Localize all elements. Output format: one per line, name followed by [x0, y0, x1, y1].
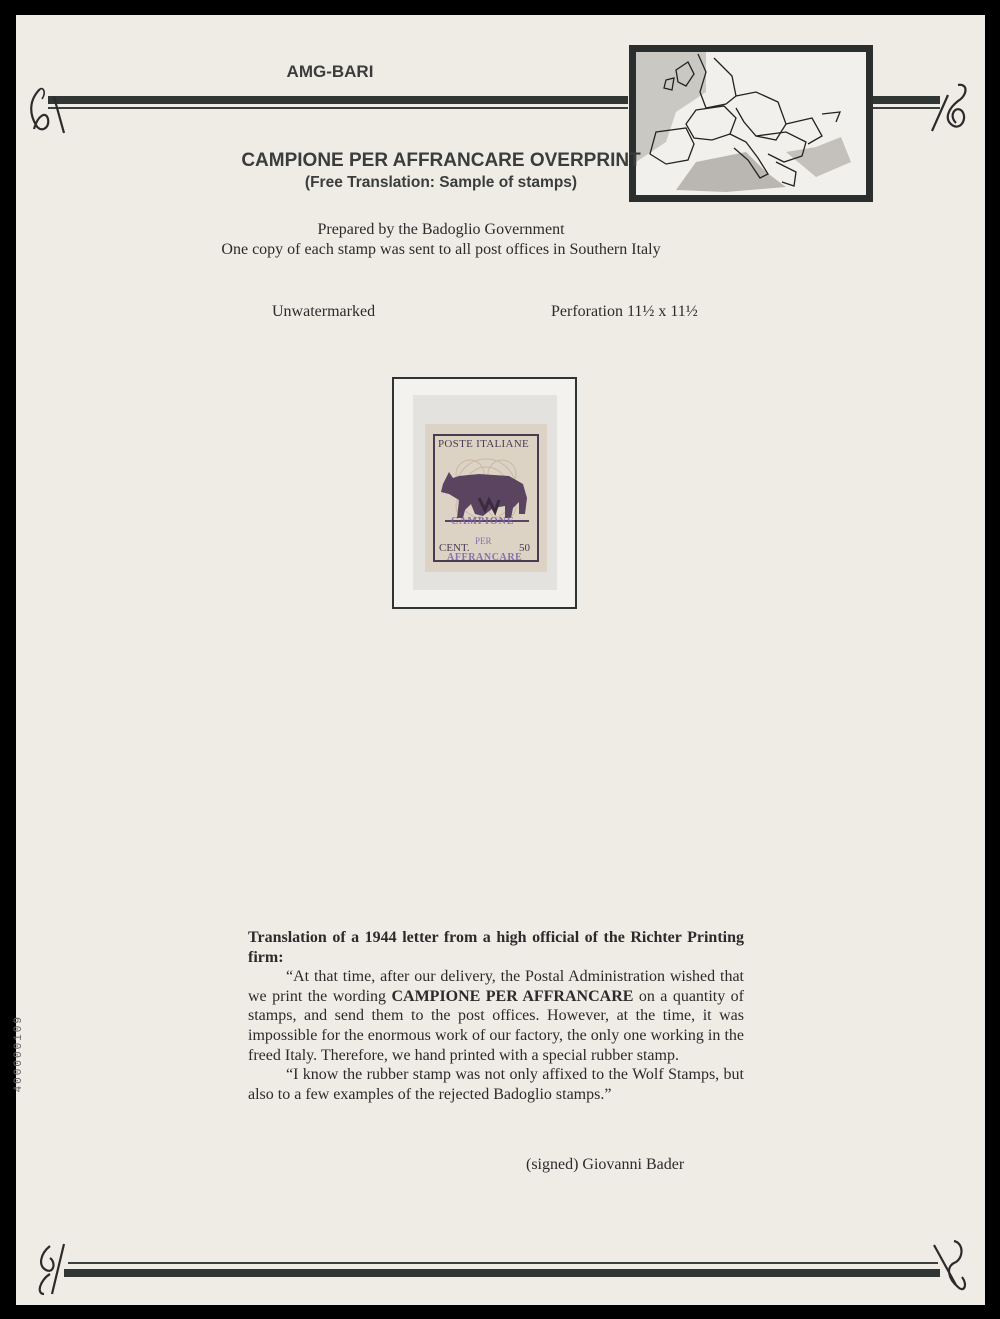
section-title: AMG-BARI [16, 62, 644, 82]
stamp-sleeve: POSTE ITALIANE CENT. 50 CAMPIONE PER AFF… [413, 395, 557, 590]
stamp-mount: POSTE ITALIANE CENT. 50 CAMPIONE PER AFF… [392, 377, 577, 609]
letter-p1-bold: CAMPIONE PER AFFRANCARE [391, 988, 633, 1005]
overprint-line-1: CAMPIONE [451, 516, 515, 527]
page-title: CAMPIONE PER AFFRANCARE OVERPRINT [16, 150, 866, 172]
intro-text: Prepared by the Badoglio Government One … [16, 220, 866, 260]
watermark-spec: Unwatermarked [272, 303, 375, 321]
intro-line-1: Prepared by the Badoglio Government [16, 220, 866, 240]
letter-translation: Translation of a 1944 letter from a high… [248, 928, 744, 1104]
page-subtitle: (Free Translation: Sample of stamps) [16, 174, 866, 192]
letter-paragraph-1: “At that time, after our delivery, the P… [248, 967, 744, 1065]
intro-line-2: One copy of each stamp was sent to all p… [16, 240, 866, 260]
letter-heading: Translation of a 1944 letter from a high… [248, 928, 744, 967]
letter-paragraph-2: “I know the rubber stamp was not only af… [248, 1065, 744, 1104]
calligraphic-flourish-icon [928, 79, 976, 135]
calligraphic-flourish-icon [30, 1240, 76, 1298]
overprint-line-3: AFFRANCARE [447, 552, 522, 563]
page-side-code: 400000109 [13, 1015, 29, 1092]
signature: (signed) Giovanni Bader [526, 1156, 684, 1174]
album-page: 400000109 AMG-BARI [16, 15, 985, 1305]
perforation-spec: Perforation 11½ x 11½ [551, 303, 698, 321]
calligraphic-flourish-icon [24, 85, 72, 137]
stamp-country-text: POSTE ITALIANE [438, 438, 529, 450]
overprint-line-2: PER [475, 536, 492, 546]
stamp: POSTE ITALIANE CENT. 50 CAMPIONE PER AFF… [425, 424, 547, 572]
calligraphic-flourish-icon [926, 1237, 974, 1297]
